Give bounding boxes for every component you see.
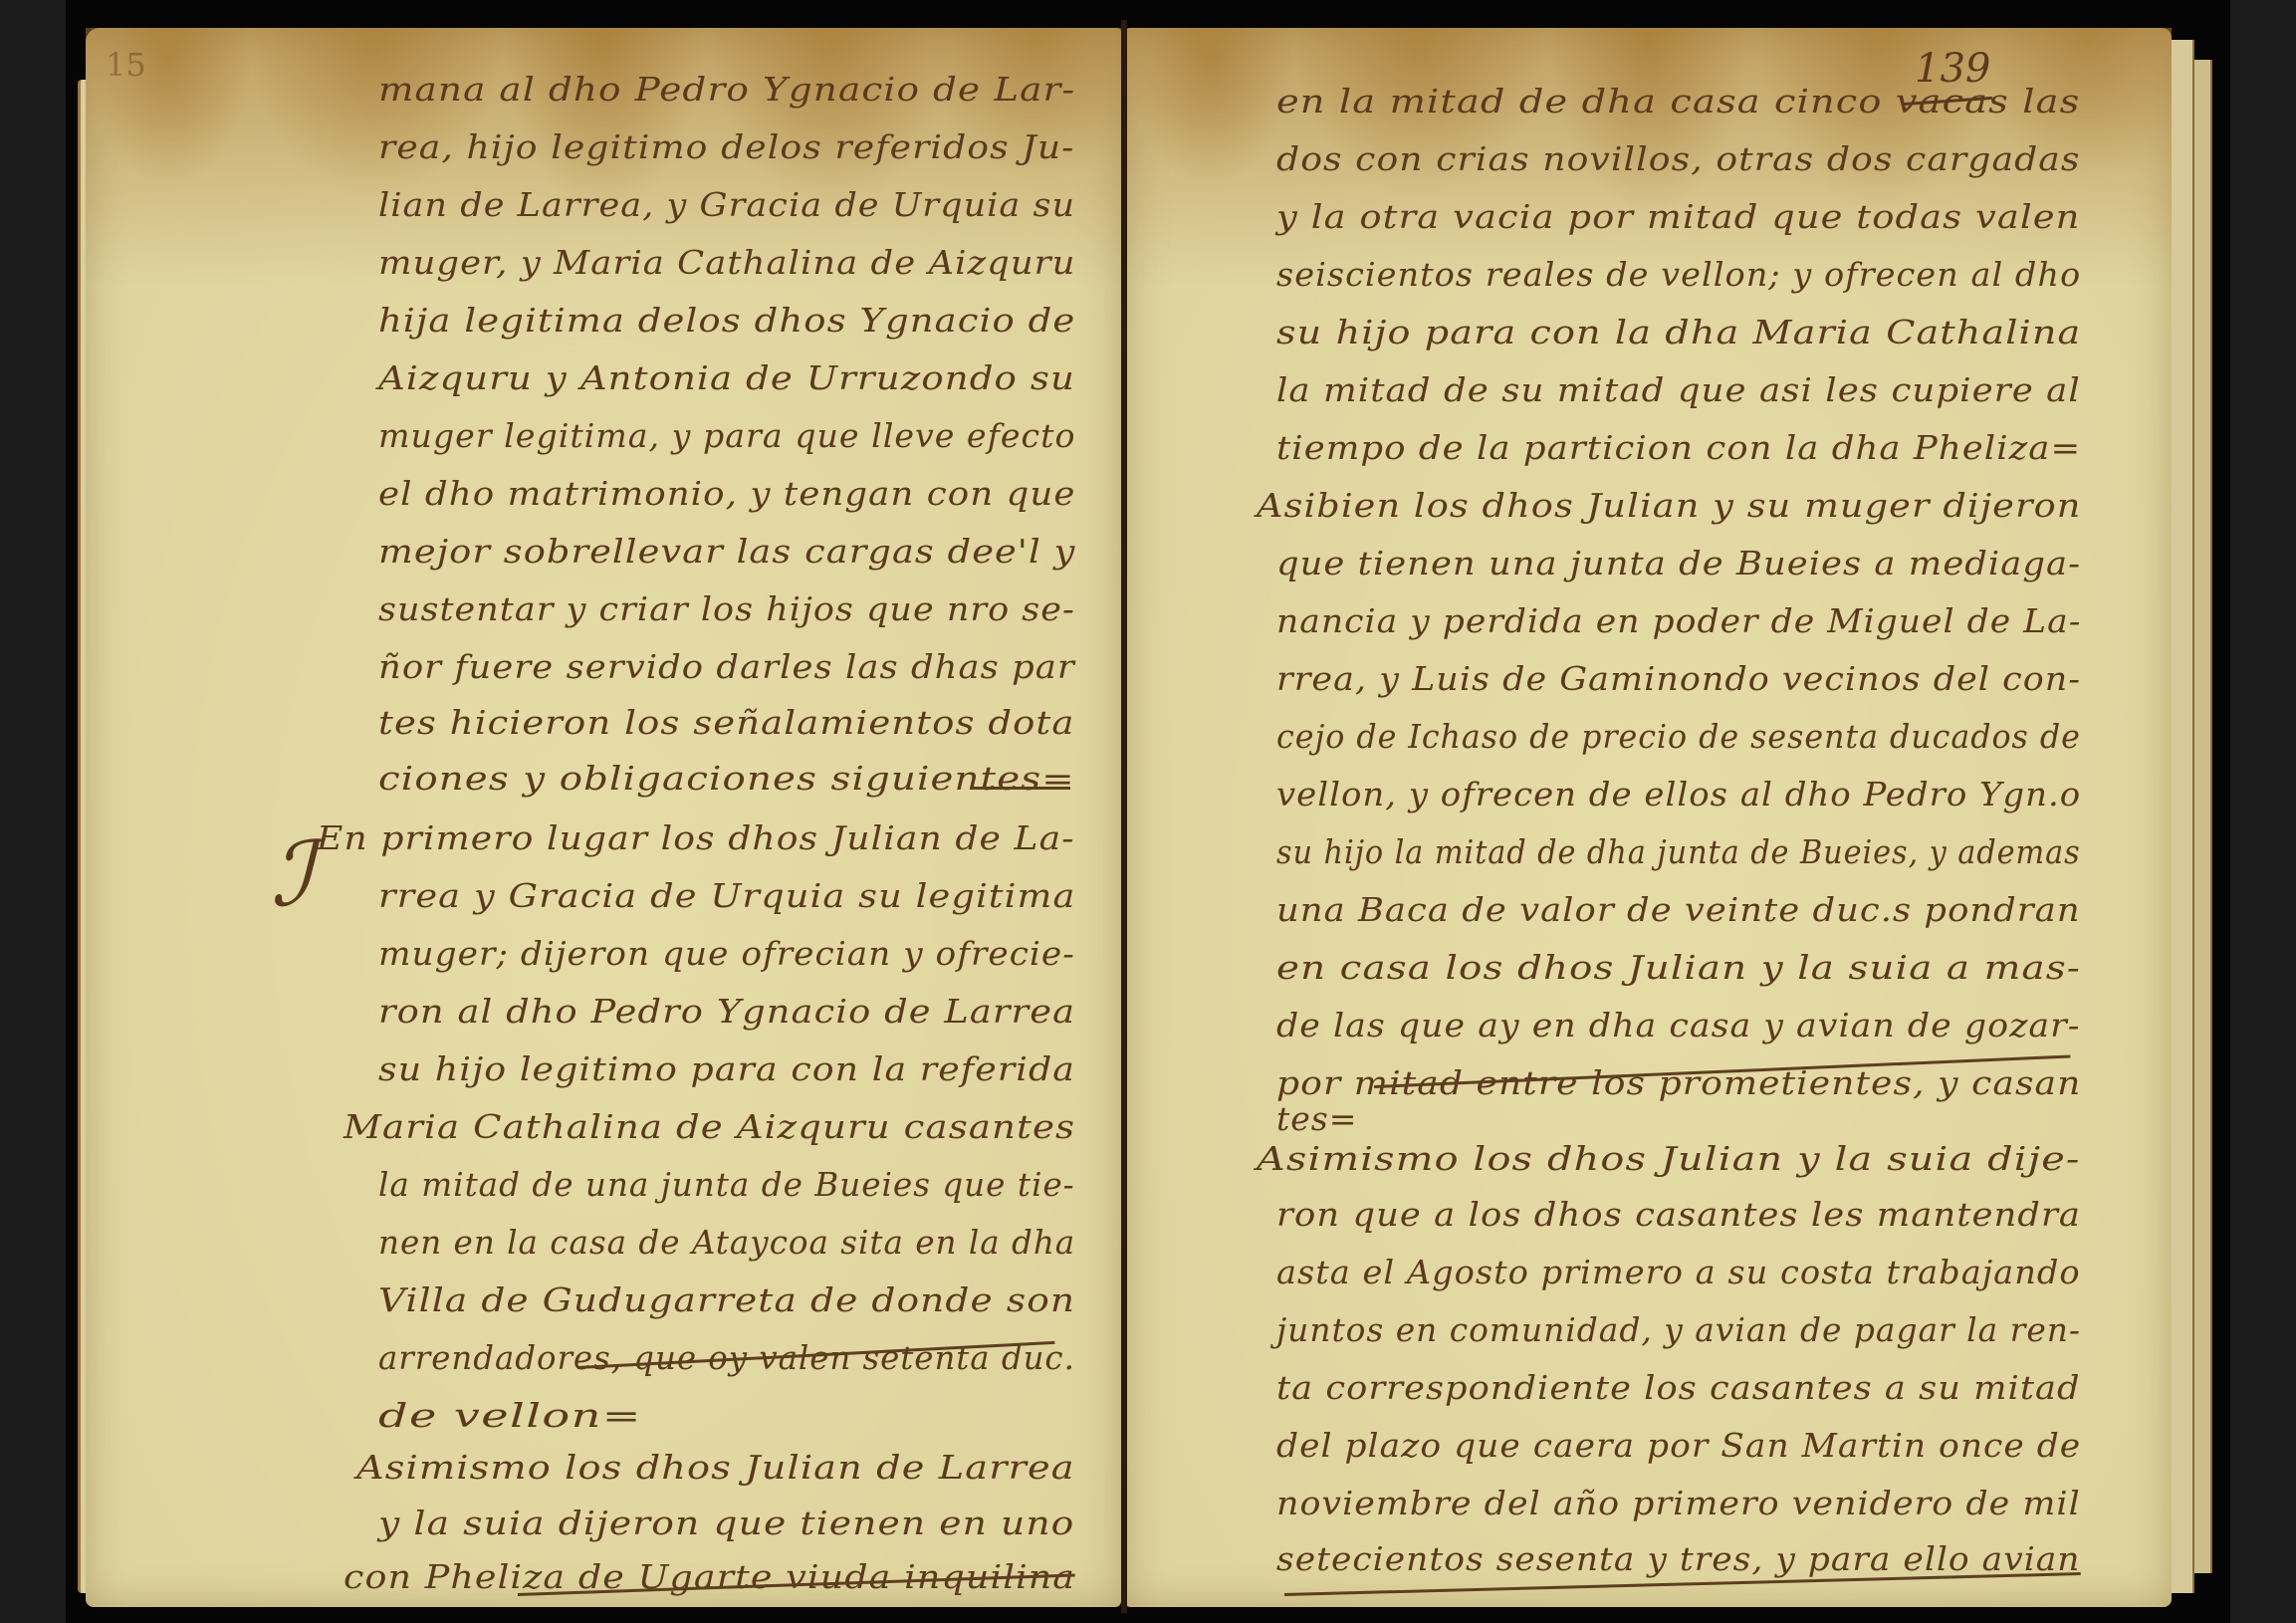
manuscript-line: tes hicieron los señalamientos dota <box>378 703 1075 742</box>
right-page-stacked-edge-outer <box>2192 60 2212 1573</box>
line-filler-rule <box>971 787 1070 790</box>
manuscript-line: en casa los dhos Julian y la suia a mas- <box>1276 948 2081 987</box>
manuscript-line: el dho matrimonio, y tengan con que <box>378 474 1075 513</box>
manuscript-line: y la otra vacia por mitad que todas vale… <box>1276 197 2080 236</box>
manuscript-line: Aizquru y Antonia de Urruzondo su <box>378 358 1075 397</box>
manuscript-line: su hijo legitimo para con la referida <box>378 1049 1075 1088</box>
manuscript-line: en la mitad de dha casa cinco vacas las <box>1276 82 2080 120</box>
manuscript-line: asta el Agosto primero a su costa trabaj… <box>1276 1253 2081 1291</box>
manuscript-line: tiempo de la particion con la dha Pheliz… <box>1276 428 2081 467</box>
manuscript-line: del plazo que caera por San Martin once … <box>1276 1426 2081 1465</box>
manuscript-line: cejo de Ichaso de precio de sesenta duca… <box>1276 717 2081 756</box>
manuscript-line: ciones y obligaciones siguientes= <box>378 759 1075 798</box>
manuscript-line: seiscientos reales de vellon; y ofrecen … <box>1276 255 2081 294</box>
manuscript-line: una Baca de valor de veinte duc.s pondra… <box>1276 890 2081 929</box>
manuscript-line: nancia y perdida en poder de Miguel de L… <box>1276 601 2081 640</box>
manuscript-line: vellon, y ofrecen de ellos al dho Pedro … <box>1276 775 2081 813</box>
manuscript-line: muger legitima, y para que lleve efecto <box>378 416 1075 455</box>
manuscript-line: mejor sobrellevar las cargas dee'l y <box>378 532 1075 571</box>
manuscript-line: lian de Larrea, y Gracia de Urquia su <box>378 185 1075 224</box>
manuscript-line: hija legitima delos dhos Ygnacio de <box>378 301 1075 340</box>
right-page-stacked-edge-inner <box>2171 40 2194 1593</box>
right-scan-border <box>2230 0 2296 1623</box>
manuscript-line: ron que a los dhos casantes les mantendr… <box>1276 1195 2081 1234</box>
manuscript-line: Villa de Gudugarreta de donde son <box>378 1280 1075 1319</box>
manuscript-line: su hijo la mitad de dha junta de Bueies,… <box>1276 832 2081 871</box>
manuscript-line: rea, hijo legitimo delos referidos Ju- <box>378 127 1074 166</box>
manuscript-line: la mitad de su mitad que asi les cupiere… <box>1276 370 2081 409</box>
manuscript-line: ron al dho Pedro Ygnacio de Larrea <box>378 992 1075 1031</box>
book-gutter <box>1121 20 1127 1613</box>
manuscript-line: ñor fuere servido darles las dhas par <box>378 647 1075 686</box>
manuscript-line: muger; dijeron que ofrecian y ofrecie- <box>378 934 1075 973</box>
manuscript-line: dos con crias novillos, otras dos cargad… <box>1276 139 2080 178</box>
manuscript-line: sustentar y criar los hijos que nro se- <box>378 589 1075 628</box>
manuscript-line: y la suia dijeron que tienen en uno <box>378 1504 1074 1542</box>
manuscript-line: muger, y Maria Cathalina de Aizquru <box>378 243 1075 282</box>
manuscript-line: noviembre del año primero venidero de mi… <box>1276 1484 2081 1522</box>
manuscript-line: que tienen una junta de Bueies a mediaga… <box>1276 544 2081 582</box>
manuscript-line: Asimismo los dhos Julian de Larrea <box>356 1448 1075 1487</box>
manuscript-line: de vellon= <box>378 1396 642 1435</box>
manuscript-line: setecientos sesenta y tres, y para ello … <box>1276 1539 2080 1578</box>
manuscript-line: por mitad entre los prometientes, y casa… <box>1276 1063 2081 1102</box>
manuscript-line: su hijo para con la dha Maria Cathalina <box>1276 313 2081 351</box>
initial-flourish: ℐ <box>271 822 313 927</box>
manuscript-line: de las que ay en dha casa y avian de goz… <box>1276 1006 2081 1044</box>
manuscript-line: juntos en comunidad, y avian de pagar la… <box>1276 1310 2081 1349</box>
manuscript-line: En primero lugar los dhos Julian de La- <box>317 818 1074 857</box>
manuscript-line: rrea y Gracia de Urquia su legitima <box>378 876 1075 915</box>
left-scan-border <box>0 0 66 1623</box>
manuscript-line: la mitad de una junta de Bueies que tie- <box>378 1165 1075 1204</box>
manuscript-line: nen en la casa de Ataycoa sita en la dha <box>378 1223 1075 1262</box>
manuscript-line: rrea, y Luis de Gaminondo vecinos del co… <box>1276 659 2081 698</box>
manuscript-line: mana al dho Pedro Ygnacio de Lar- <box>378 70 1075 109</box>
margin-mark: 15 <box>106 46 146 84</box>
manuscript-line: Asibien los dhos Julian y su muger dijer… <box>1257 486 2081 525</box>
manuscript-line: tes= <box>1276 1099 1357 1138</box>
manuscript-line: Maria Cathalina de Aizquru casantes <box>344 1107 1075 1146</box>
manuscript-line: Asimismo los dhos Julian y la suia dije- <box>1257 1139 2081 1178</box>
manuscript-line: ta correspondiente los casantes a su mit… <box>1276 1368 2081 1407</box>
